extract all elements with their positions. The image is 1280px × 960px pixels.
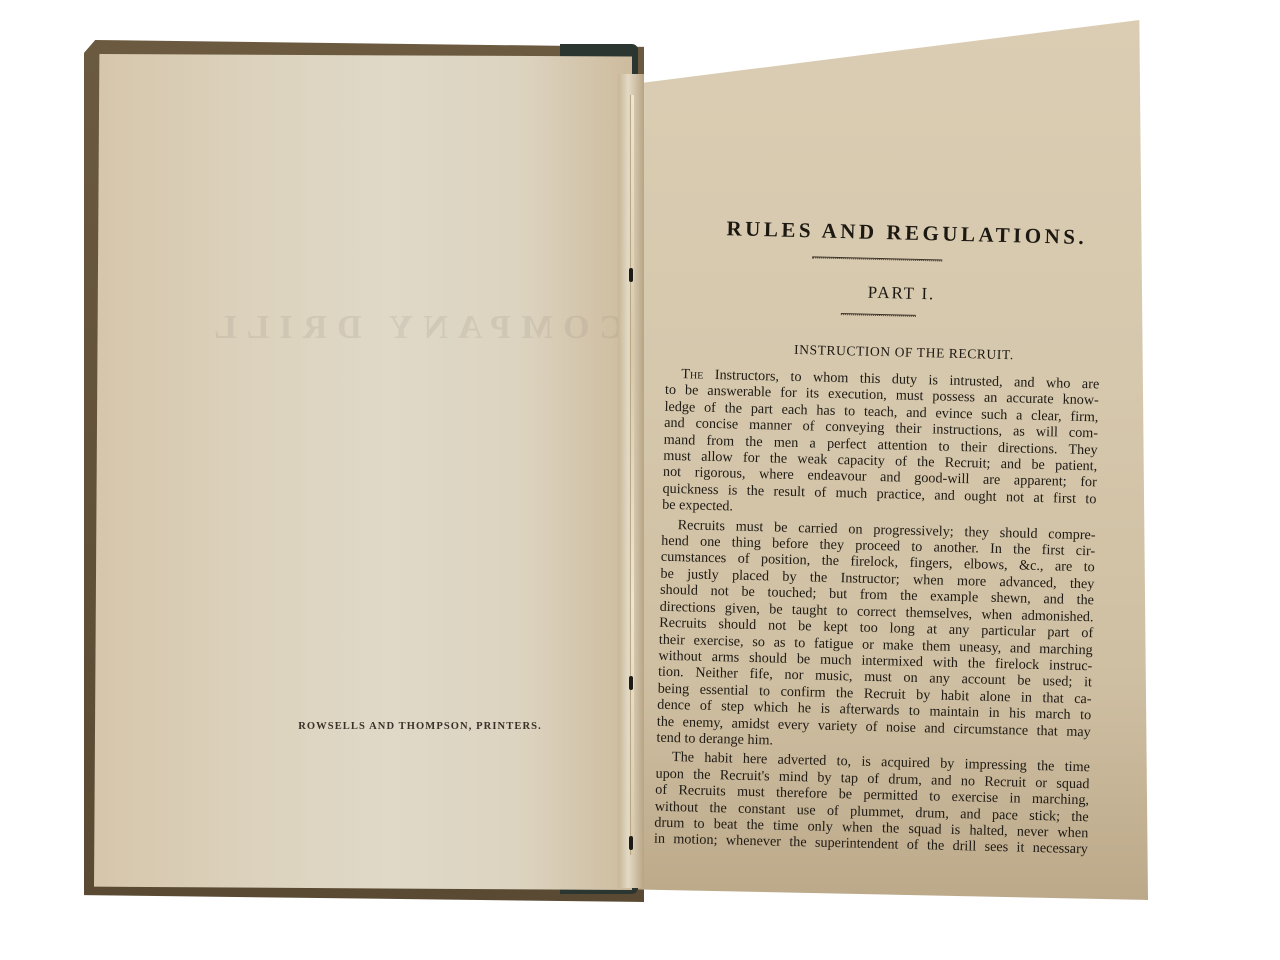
paragraph: Recruits must be carried on progressivel… (656, 516, 1095, 756)
open-book-photo: COMPANY DRILL ROWSELLS AND THOMPSON, PRI… (0, 0, 1280, 960)
part-divider (841, 313, 916, 317)
right-page-content: RULES AND REGULATIONS. PART I. INSTRUCTI… (616, 20, 1147, 912)
left-page: COMPANY DRILL ROWSELLS AND THOMPSON, PRI… (94, 54, 632, 890)
paragraph: The Instructors, to whom this duty is in… (662, 366, 1099, 524)
show-through-text: COMPANY DRILL (294, 309, 624, 347)
section-heading: INSTRUCTION OF THE RECRUIT. (714, 340, 1094, 365)
title-divider (812, 256, 942, 261)
printer-imprint: ROWSELLS AND THOMPSON, PRINTERS. (270, 721, 570, 732)
body-text: The Instructors, to whom this duty is in… (654, 366, 1100, 858)
page-title: RULES AND REGULATIONS. (697, 216, 1117, 251)
part-heading: PART I. (741, 280, 1061, 308)
paragraph: The habit here adverted to, is acquired … (654, 749, 1090, 858)
